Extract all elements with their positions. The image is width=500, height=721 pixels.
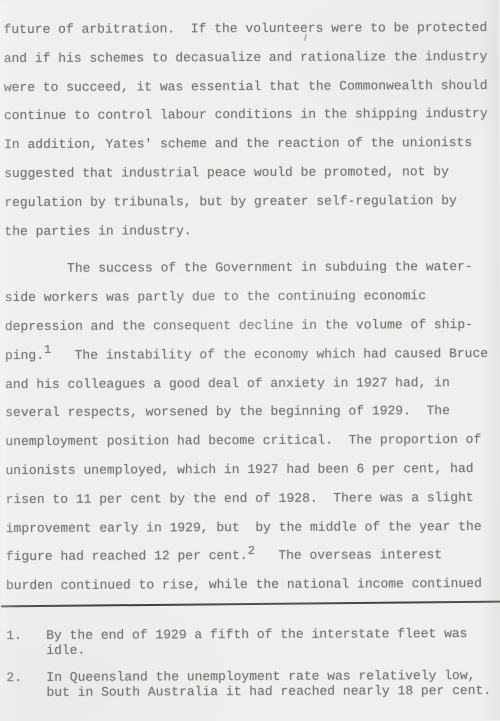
typewritten-page: future of arbitration. If the volunteers… <box>0 0 500 721</box>
footnote-text: In Queensland the unemployment rate was … <box>46 668 491 701</box>
text-line: the parties in industry. <box>4 215 499 246</box>
footnote: 2.In Queensland the unemployment rate wa… <box>6 668 500 701</box>
footnote: 1.By the end of 1929 a fifth of the inte… <box>6 626 500 659</box>
text-line: unionists unemployed, which in 1927 had … <box>5 455 500 486</box>
text-line: risen to 11 per cent by the end of 1928.… <box>6 484 500 515</box>
page-body: future of arbitration. If the volunteers… <box>0 0 500 601</box>
text-line: idle. <box>46 641 467 658</box>
paragraph: future of arbitration. If the volunteers… <box>3 14 499 247</box>
text-line: several respects, worsened by the beginn… <box>5 397 500 428</box>
text-line: depression and the consequent decline in… <box>5 311 500 342</box>
footnotes-section: 1.By the end of 1929 a fifth of the inte… <box>1 626 500 701</box>
text-line: improvement early in 1929, but by the mi… <box>6 512 500 543</box>
text-line: burden continued to rise, while the nati… <box>6 570 500 601</box>
text-line: In addition, Yates' scheme and the react… <box>4 129 499 160</box>
text-line: future of arbitration. If the volunteers… <box>3 14 498 45</box>
footnote-reference: 1 <box>44 343 51 357</box>
paragraph: The success of the Government in subduin… <box>5 253 500 601</box>
text-line: The success of the Government in subduin… <box>5 253 500 284</box>
footnote-text: By the end of 1929 a fifth of the inters… <box>46 626 467 659</box>
text-line: continue to control labour conditions in… <box>4 100 499 131</box>
text-line: ping.1 The instability of the economy wh… <box>5 340 500 371</box>
text-line: side workers was partly due to the conti… <box>5 282 500 313</box>
text-line: suggested that industrial peace would be… <box>4 158 499 189</box>
text-line: and his colleagues a good deal of anxiet… <box>5 368 500 399</box>
text-line: were to succeed, it was essential that t… <box>4 72 499 103</box>
text-line: unemployment position had become critica… <box>5 426 500 457</box>
footnote-number: 2. <box>6 670 46 701</box>
text-line: but in South Australia it had reached ne… <box>46 683 491 700</box>
footnote-separator <box>1 601 500 608</box>
text-line: figure had reached 12 per cent.2 The ove… <box>6 541 500 572</box>
footnote-number: 1. <box>6 628 46 659</box>
text-line: regulation by tribunals, but by greater … <box>4 187 499 218</box>
text-line: and if his schemes to decasualize and ra… <box>4 43 499 74</box>
text-line: By the end of 1929 a fifth of the inters… <box>46 626 467 643</box>
footnote-reference: 2 <box>248 544 255 558</box>
